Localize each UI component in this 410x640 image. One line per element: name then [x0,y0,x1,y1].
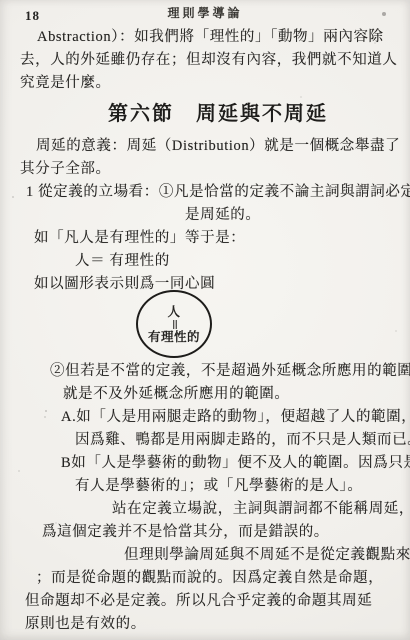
text-line: 有人是學藝術的」；或「凡學藝術的是人」。 [75,475,396,498]
text-line: ；而是從命題的觀點而說的。因爲定義自然是命題， [36,567,396,590]
text-line: 因爲雞、鴨都是用兩脚走路的，而不只是人類而已。 [75,429,396,452]
vertical-equals-symbol: ＝ [168,318,179,330]
circle-shape: 人 ＝ 有理性的 [136,290,212,358]
text-line: 就是不及外延概念所應用的範圍。 [63,383,396,406]
text-line: 原則也是有效的。 [25,613,396,636]
section-heading: 第六節 周延與不周延 [30,101,406,127]
circle-label-top: 人 [167,305,180,319]
text-line: 究竟是什麼。 [20,72,396,95]
text-line: A.如「人是用兩腿走路的動物」，便超越了人的範圍， [61,406,396,429]
concentric-circle-diagram: 人 ＝ 有理性的 [136,290,212,358]
text-line: 如「凡人是有理性的」等于是： [34,227,396,250]
text-line: 站在定義立場說，主詞與謂詞都不能稱周延，因 [112,498,396,521]
text-line: ②但若是不當的定義，不是超過外延概念所應用的範圍； [50,360,396,383]
text-line: 1 從定義的立場看：①凡是恰當的定義不論主詞與謂詞必定 [26,181,396,204]
text-line: 如以圖形表示則爲一同心圓 [34,273,396,296]
running-head-title: 理則學導論 [0,4,410,21]
text-line: 但理則學論周延與不周延不是從定義觀點來說 [124,544,396,567]
text-line: B如「人是學藝術的動物」便不及人的範圍。因爲只是「 [61,452,396,475]
text-line: 人＝ 有理性的 [75,250,396,273]
text-line: 是周延的。 [185,204,396,227]
text-line: 去，人的外延雖仍存在；但却沒有內容，我們就不知道人 [20,49,396,72]
text-line: 周延的意義：周延（Distribution）就是一個概念舉盡了 [36,135,396,158]
circle-label-bottom: 有理性的 [148,330,200,344]
page-body: Abstraction）：如我們將「理性的」「動物」兩內容除 去，人的外延雖仍存… [20,26,396,636]
scan-noise-specks [0,0,2,2]
text-line: 但命題却不必是定義。所以凡合乎定義的命題其周延 [25,590,396,613]
scanned-book-page: 18 理則學導論 Abstraction）：如我們將「理性的」「動物」兩內容除 … [0,0,410,640]
text-line: 爲這個定義并不是恰當其分，而是錯誤的。 [42,521,396,544]
text-line: 其分子全部。 [20,158,396,181]
text-line: Abstraction）：如我們將「理性的」「動物」兩內容除 [37,26,396,49]
